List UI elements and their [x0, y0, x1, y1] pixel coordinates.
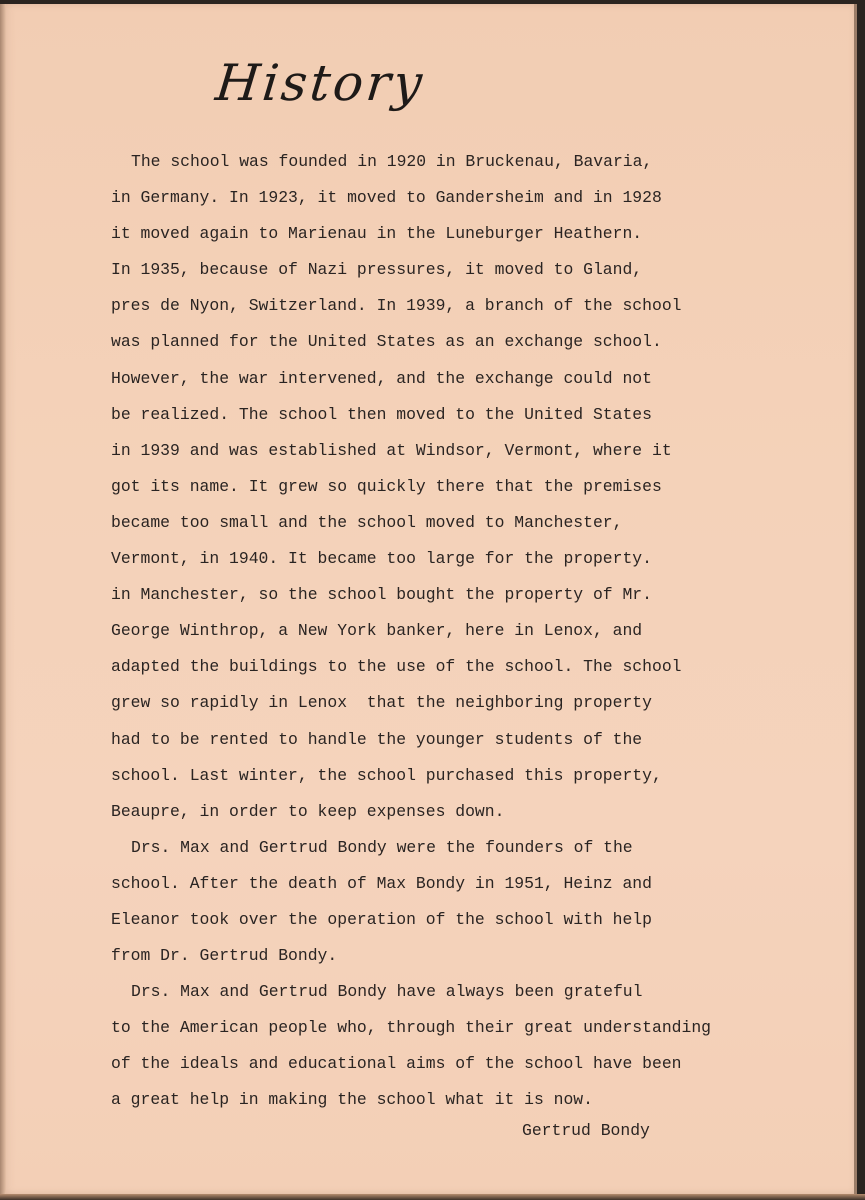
text-line: Drs. Max and Gertrud Bondy have always b… — [111, 974, 811, 1010]
page-left-edge — [0, 4, 6, 1194]
text-line: school. After the death of Max Bondy in … — [111, 866, 811, 902]
typed-page: History The school was founded in 1920 i… — [0, 4, 857, 1194]
text-line: Drs. Max and Gertrud Bondy were the foun… — [111, 830, 811, 866]
text-line: Vermont, in 1940. It became too large fo… — [111, 541, 811, 577]
paragraph-gratitude: Drs. Max and Gertrud Bondy have always b… — [111, 974, 811, 1118]
text-line: However, the war intervened, and the exc… — [111, 361, 811, 397]
text-line: school. Last winter, the school purchase… — [111, 758, 811, 794]
text-line: in Manchester, so the school bought the … — [111, 577, 811, 613]
paragraph-founders: Drs. Max and Gertrud Bondy were the foun… — [111, 830, 811, 974]
text-line: adapted the buildings to the use of the … — [111, 649, 811, 685]
signature: Gertrud Bondy — [522, 1121, 650, 1140]
handwritten-title: History — [213, 54, 428, 112]
text-line: it moved again to Marienau in the Lunebu… — [111, 216, 811, 252]
text-line: from Dr. Gertrud Bondy. — [111, 938, 811, 974]
text-line: grew so rapidly in Lenox that the neighb… — [111, 685, 811, 721]
text-line: was planned for the United States as an … — [111, 324, 811, 360]
page-bottom-edge — [0, 1194, 865, 1200]
text-line: be realized. The school then moved to th… — [111, 397, 811, 433]
text-line: In 1935, because of Nazi pressures, it m… — [111, 252, 811, 288]
body-text: The school was founded in 1920 in Brucke… — [111, 144, 811, 1119]
text-line: got its name. It grew so quickly there t… — [111, 469, 811, 505]
text-line: pres de Nyon, Switzerland. In 1939, a br… — [111, 288, 811, 324]
text-line: The school was founded in 1920 in Brucke… — [111, 144, 811, 180]
text-line: George Winthrop, a New York banker, here… — [111, 613, 811, 649]
paragraph-history: The school was founded in 1920 in Brucke… — [111, 144, 811, 830]
text-line: had to be rented to handle the younger s… — [111, 722, 811, 758]
text-line: to the American people who, through thei… — [111, 1010, 811, 1046]
text-line: became too small and the school moved to… — [111, 505, 811, 541]
text-line: of the ideals and educational aims of th… — [111, 1046, 811, 1082]
text-line: a great help in making the school what i… — [111, 1082, 811, 1118]
page-right-edge — [854, 4, 857, 1194]
text-line: in 1939 and was established at Windsor, … — [111, 433, 811, 469]
text-line: in Germany. In 1923, it moved to Ganders… — [111, 180, 811, 216]
text-line: Beaupre, in order to keep expenses down. — [111, 794, 811, 830]
text-line: Eleanor took over the operation of the s… — [111, 902, 811, 938]
